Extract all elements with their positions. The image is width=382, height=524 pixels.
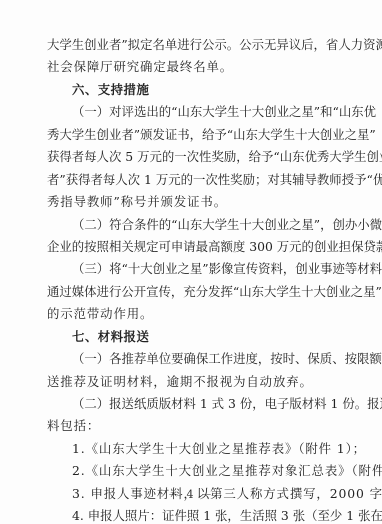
text-line: 者”获得者每人次 1 万元的一次性奖励；对其辅导教师授予“优	[47, 169, 343, 191]
text-line: （二）报送纸质版材料 1 式 3 份，电子版材料 1 份。报送材	[47, 393, 343, 415]
text-line: 送推荐及证明材料，逾期不报视为自动放弃。	[47, 371, 343, 393]
text-line: （二）符合条件的“山东大学生十大创业之星”，创办小微	[47, 214, 343, 236]
text-line: 大学生创业者”拟定名单进行公示。公示无异议后，省人力资源	[47, 34, 343, 56]
text-line: 企业的按照相关规定可申请最高额度 300 万元的创业担保贷款。	[47, 236, 343, 258]
text-line: 通过媒体进行公开宣传，充分发挥“山东大学生十大创业之星”	[47, 281, 343, 303]
text-line: 秀大学生创业者”颁发证书，给予“山东大学生十大创业之星”	[47, 124, 343, 146]
section-heading: 六、支持措施	[47, 79, 343, 101]
text-line: 2.《山东大学生十大创业之星推荐对象汇总表》（附件 2）；	[47, 460, 343, 482]
text-line: 4. 申报人照片：证件照 1 张，生活照 3 张（至少 1 张在创业	[47, 505, 343, 524]
document-body: 大学生创业者”拟定名单进行公示。公示无异议后，省人力资源社会保障厅研究确定最终名…	[47, 34, 343, 524]
text-line: 秀指导教师”称号并颁发证书。	[47, 191, 343, 213]
text-line: （一）对评选出的“山东大学生十大创业之星”和“山东优	[47, 101, 343, 123]
text-line: 1.《山东大学生十大创业之星推荐表》（附件 1）；	[47, 438, 343, 460]
document-page: 大学生创业者”拟定名单进行公示。公示无异议后，省人力资源社会保障厅研究确定最终名…	[0, 0, 382, 524]
text-line: （三）将“十大创业之星”影像宣传资料，创业事迹等材料	[47, 258, 343, 280]
page-number: － 4 －	[0, 486, 382, 502]
section-heading: 七、材料报送	[47, 326, 343, 348]
text-line: 获得者每人次 5 万元的一次性奖励，给予“山东优秀大学生创业	[47, 146, 343, 168]
text-line: 社会保障厅研究确定最终名单。	[47, 56, 343, 78]
text-line: （一）各推荐单位要确保工作进度，按时、保质、按限额报	[47, 348, 343, 370]
text-line: 料包括：	[47, 415, 343, 437]
text-line: 的示范带动作用。	[47, 303, 343, 325]
